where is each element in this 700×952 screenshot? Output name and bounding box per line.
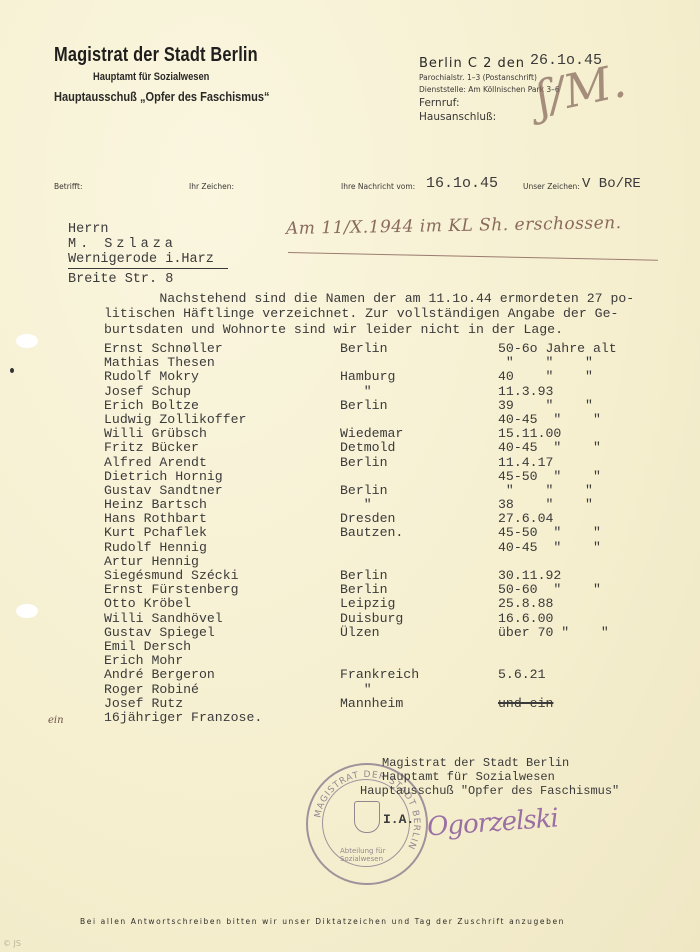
victim-city: Dresden bbox=[340, 512, 395, 526]
victim-birth-info: 25.8.88 bbox=[498, 597, 553, 611]
victim-birth-info: 40-45 " " bbox=[498, 441, 601, 455]
victim-name: Kurt Pchaflek bbox=[104, 526, 207, 540]
extension-label: Hausanschluß: bbox=[419, 111, 496, 123]
victim-birth-info: " " " bbox=[498, 484, 593, 498]
your-message-label: Ihre Nachricht vom: bbox=[341, 182, 415, 191]
victim-name: Hans Rothbart bbox=[104, 512, 207, 526]
letterhead-title: Magistrat der Stadt Berlin bbox=[54, 44, 258, 67]
victim-city: Wiedemar bbox=[340, 427, 403, 441]
victim-birth-info: 40-45 " " bbox=[498, 541, 601, 555]
victim-name: Ernst Schnøller bbox=[104, 342, 223, 356]
signature-committee: Hauptausschuß "Opfer des Faschismus" bbox=[360, 784, 619, 799]
victim-city: Mannheim bbox=[340, 697, 403, 711]
victim-birth-info: 27.6.04 bbox=[498, 512, 553, 526]
victim-city: Leipzig bbox=[340, 597, 395, 611]
recipient-name: M. Szlaza bbox=[68, 237, 177, 253]
signature-department: Hauptamt für Sozialwesen bbox=[382, 770, 555, 785]
victim-birth-info: 16.6.00 bbox=[498, 612, 553, 626]
victim-name: André Bergeron bbox=[104, 668, 215, 682]
stamp-inner-text: Abteilung für Sozialwesen bbox=[340, 847, 426, 863]
our-ref-value: V Bo/RE bbox=[582, 176, 641, 192]
victim-city: " bbox=[340, 498, 372, 512]
recipient-underline bbox=[68, 268, 228, 269]
recipient-city: Wernigerode i.Harz bbox=[68, 252, 214, 268]
victim-name: Willi Grübsch bbox=[104, 427, 207, 441]
victim-birth-info: und ein bbox=[498, 697, 553, 711]
body-paragraph: Nachstehend sind die Namen der am 11.1o.… bbox=[104, 291, 674, 337]
victim-name: Erich Boltze bbox=[104, 399, 199, 413]
victim-city: Berlin bbox=[340, 484, 387, 498]
handwritten-signature: Ogorzelski bbox=[426, 803, 559, 842]
victim-name: Josef Rutz bbox=[104, 697, 183, 711]
victim-city: " bbox=[340, 385, 372, 399]
handwritten-underline bbox=[288, 252, 658, 261]
victim-city: " bbox=[340, 683, 372, 697]
victim-name: Heinz Bartsch bbox=[104, 498, 207, 512]
punch-hole bbox=[16, 604, 38, 618]
victim-name: Ernst Fürstenberg bbox=[104, 583, 239, 597]
victim-name: Erich Mohr bbox=[104, 654, 183, 668]
handwritten-insertion: ein bbox=[48, 715, 64, 726]
victim-name: Dietrich Hornig bbox=[104, 470, 223, 484]
victim-birth-info: 40-45 " " bbox=[498, 413, 601, 427]
victim-name: Rudolf Mokry bbox=[104, 370, 199, 384]
phone-label: Fernruf: bbox=[419, 97, 460, 109]
letterhead-subtitle-committee: Hauptausschuß „Opfer des Faschismus“ bbox=[54, 89, 270, 104]
victim-city: Duisburg bbox=[340, 612, 403, 626]
victim-name: Willi Sandhövel bbox=[104, 612, 223, 626]
victim-city: Berlin bbox=[340, 399, 387, 413]
victim-name: Artur Hennig bbox=[104, 555, 199, 569]
victim-city: Berlin bbox=[340, 583, 387, 597]
handwritten-annotation: Am 11/X.1944 im KL Sh. erschossen. bbox=[286, 213, 622, 239]
victim-name: Fritz Bücker bbox=[104, 441, 199, 455]
subject-label: Betrifft: bbox=[54, 182, 83, 191]
recipient-street: Breite Str. 8 bbox=[68, 272, 173, 288]
victim-birth-info: über 70 " " bbox=[498, 626, 609, 640]
victim-city: Ülzen bbox=[340, 626, 380, 640]
victim-birth-info: " " " bbox=[498, 356, 593, 370]
victim-city: Bautzen. bbox=[340, 526, 403, 540]
your-message-date: 16.1o.45 bbox=[426, 175, 498, 192]
victim-birth-info: 50-6o Jahre alt bbox=[498, 342, 617, 356]
postal-address: Parochialstr. 1–3 (Postanschrift) bbox=[419, 73, 537, 82]
signature-ia: I.A. bbox=[383, 812, 414, 827]
victim-city: Berlin bbox=[340, 342, 387, 356]
victim-birth-info: 50-60 " " bbox=[498, 583, 601, 597]
victim-birth-info: 45-50 " " bbox=[498, 470, 601, 484]
victim-name: Ludwig Zollikoffer bbox=[104, 413, 246, 427]
victim-name: Rudolf Hennig bbox=[104, 541, 207, 555]
victim-name: Josef Schup bbox=[104, 385, 191, 399]
our-ref-label: Unser Zeichen: bbox=[523, 182, 580, 191]
victim-name: Otto Kröbel bbox=[104, 597, 191, 611]
victim-name: Mathias Thesen bbox=[104, 356, 215, 370]
victim-birth-info: 39 " " bbox=[498, 399, 593, 413]
victim-birth-info: 5.6.21 bbox=[498, 668, 545, 682]
victim-city: Hamburg bbox=[340, 370, 395, 384]
your-ref-label: Ihr Zeichen: bbox=[189, 182, 234, 191]
victim-birth-info: 38 " " bbox=[498, 498, 593, 512]
footer-note: Bei allen Antwortschreiben bitten wir un… bbox=[80, 917, 565, 926]
victim-birth-info: 15.11.00 bbox=[498, 427, 561, 441]
victim-birth-info: 40 " " bbox=[498, 370, 593, 384]
victim-city: Berlin bbox=[340, 569, 387, 583]
ink-speck bbox=[10, 368, 14, 373]
recipient-salutation: Herrn bbox=[68, 222, 109, 238]
victim-name: Gustav Sandtner bbox=[104, 484, 223, 498]
victim-name: Alfred Arendt bbox=[104, 456, 207, 470]
victim-birth-info: 30.11.92 bbox=[498, 569, 561, 583]
victim-city: Detmold bbox=[340, 441, 395, 455]
victim-birth-info: 45-50 " " bbox=[498, 526, 601, 540]
victim-city: Berlin bbox=[340, 456, 387, 470]
copyright-mark: © JS bbox=[3, 939, 21, 948]
victim-name: Gustav Spiegel bbox=[104, 626, 215, 640]
signature-org: Magistrat der Stadt Berlin bbox=[382, 756, 569, 771]
punch-hole bbox=[16, 334, 38, 348]
berlin-bear-shield-icon bbox=[354, 801, 380, 833]
victim-name: Roger Robiné bbox=[104, 683, 199, 697]
victim-name: Siegésmund Szécki bbox=[104, 569, 239, 583]
victim-city: Frankreich bbox=[340, 668, 419, 682]
victim-name: 16jähriger Franzose. bbox=[104, 711, 262, 725]
letterhead-subtitle-department: Hauptamt für Sozialwesen bbox=[93, 71, 209, 83]
victim-birth-info: 11.4.17 bbox=[498, 456, 553, 470]
victim-name: Emil Dersch bbox=[104, 640, 191, 654]
victim-birth-info: 11.3.93 bbox=[498, 385, 553, 399]
letter-place: Berlin C 2 den bbox=[419, 56, 525, 71]
